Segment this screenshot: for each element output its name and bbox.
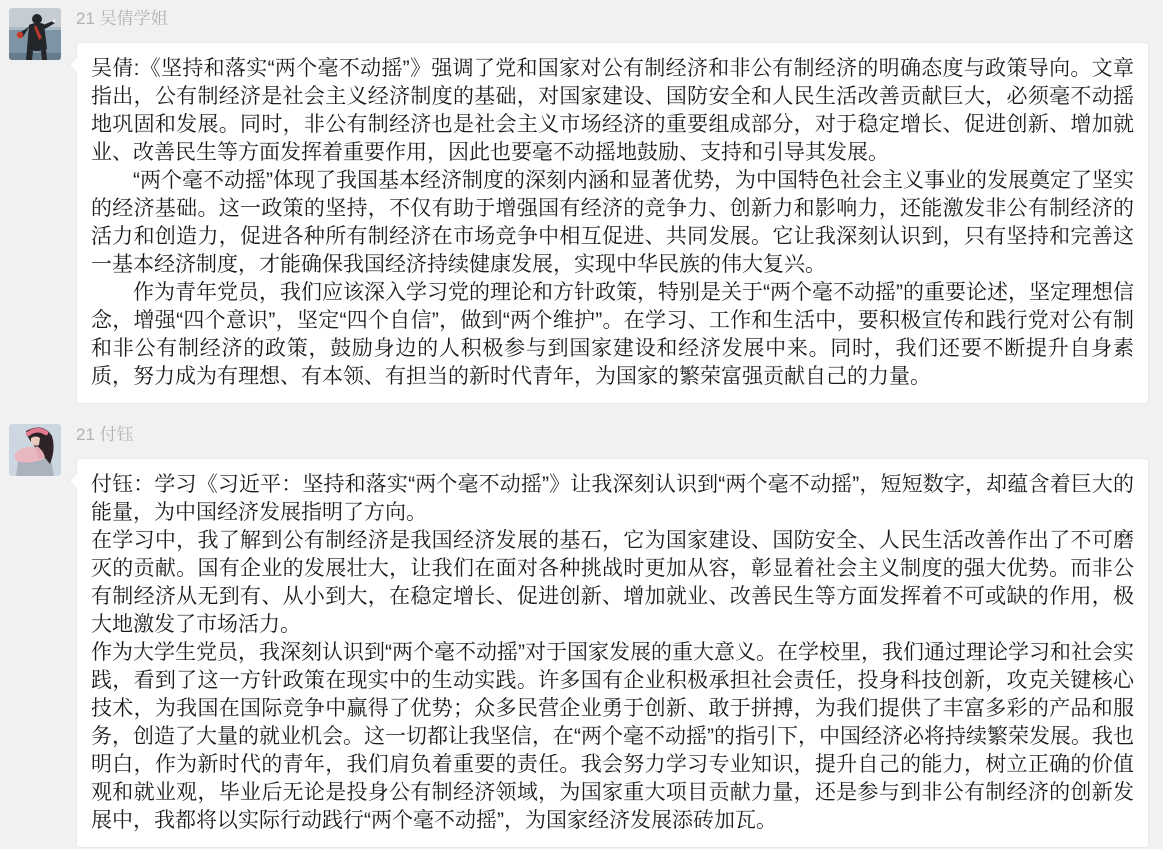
message-bubble[interactable]: 吴倩:《坚持和落实“两个毫不动摇”》强调了党和国家对公有制经济和非公有制经济的明… bbox=[76, 42, 1149, 404]
message-paragraph: 作为青年党员，我们应该深入学习党的理论和方针政策，特别是关于“两个毫不动摇”的重… bbox=[91, 279, 1134, 391]
message-paragraph: 吴倩:《坚持和落实“两个毫不动摇”》强调了党和国家对公有制经济和非公有制经济的明… bbox=[91, 55, 1134, 167]
message-paragraph: “两个毫不动摇”体现了我国基本经济制度的深刻内涵和显著优势，为中国特色社会主义事… bbox=[91, 167, 1134, 279]
sender-name: 21 付钰 bbox=[76, 424, 1149, 446]
chat-message: 21 付钰 付钰：学习《习近平：坚持和落实“两个毫不动摇”》让我深刻认识到“两个… bbox=[0, 416, 1163, 848]
bubble-tail bbox=[69, 473, 86, 490]
seaside-person-photo-avatar[interactable] bbox=[9, 8, 61, 60]
girl-pink-headband-photo-avatar[interactable] bbox=[9, 424, 61, 476]
chat-message: 21 吴倩学姐 吴倩:《坚持和落实“两个毫不动摇”》强调了党和国家对公有制经济和… bbox=[0, 0, 1163, 404]
bubble-tail bbox=[69, 57, 86, 74]
chat-window: 21 吴倩学姐 吴倩:《坚持和落实“两个毫不动摇”》强调了党和国家对公有制经济和… bbox=[0, 0, 1163, 848]
message-bubble[interactable]: 付钰：学习《习近平：坚持和落实“两个毫不动摇”》让我深刻认识到“两个毫不动摇”，… bbox=[76, 458, 1149, 848]
message-paragraph: 作为大学生党员，我深刻认识到“两个毫不动摇”对于国家发展的重大意义。在学校里，我… bbox=[91, 639, 1134, 835]
avatar-image bbox=[9, 8, 61, 60]
avatar-image bbox=[9, 424, 61, 476]
message-paragraph: 在学习中，我了解到公有制经济是我国经济发展的基石，它为国家建设、国防安全、人民生… bbox=[91, 527, 1134, 639]
sender-name: 21 吴倩学姐 bbox=[76, 8, 1149, 30]
message-paragraph: 付钰：学习《习近平：坚持和落实“两个毫不动摇”》让我深刻认识到“两个毫不动摇”，… bbox=[91, 471, 1134, 527]
